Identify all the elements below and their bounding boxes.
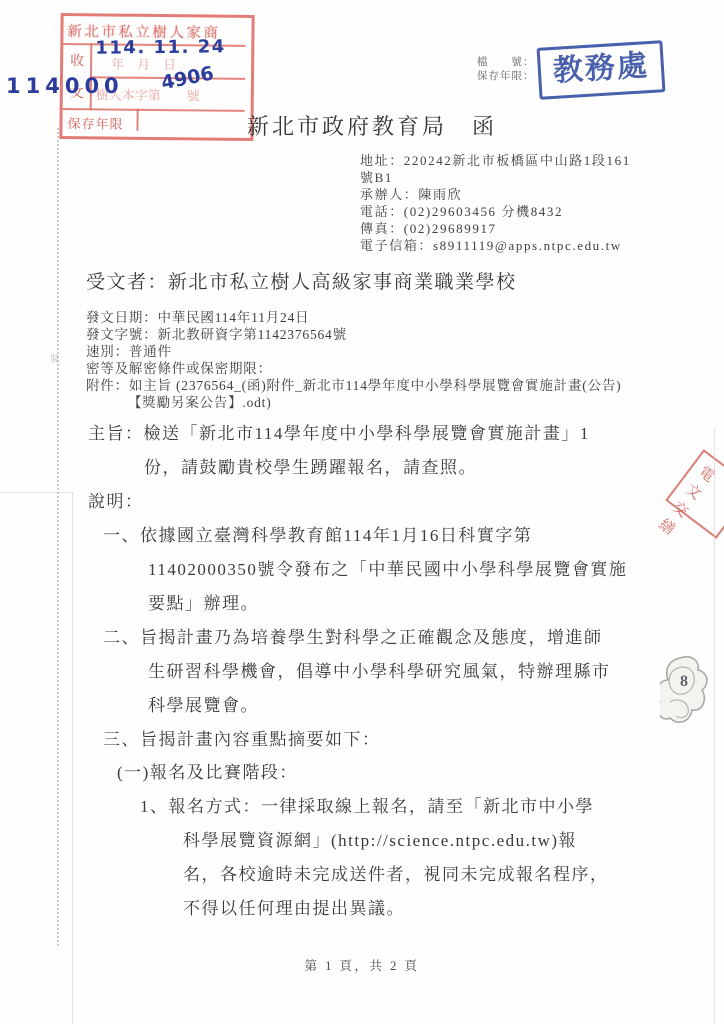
receipt-stamp-divider — [136, 109, 138, 131]
registry-number: 114000 — [6, 74, 124, 98]
body-line: 不得以任何理由提出異議。 — [183, 894, 405, 919]
explanation-label: 說明： — [88, 487, 144, 512]
scan-artifact-line — [72, 492, 73, 1024]
electronic-exchange-stamp: 電文交繕 — [668, 450, 724, 550]
body-line: 生研習科學機會，倡導中小學科學研究風氣，特辦理縣市 — [148, 657, 611, 682]
received-date-stamp: 114. 11. 24 — [95, 36, 226, 58]
sender-address-line: 地址：220242新北市板橋區中山路1段161 — [360, 150, 631, 169]
subject-line-1: 主旨：檢送「新北市114學年度中小學科學展覽會實施計畫」1 — [88, 419, 590, 444]
retention-period-label: 保存年限： — [477, 70, 535, 84]
scanned-official-letter-page: 裝 新北市私立樹人家商 收 文 年 月 日 樹人本字第 號 保存年限 114. … — [0, 0, 724, 1024]
archive-labels: 檔 號： 保存年限： — [477, 56, 535, 84]
body-line: 1、報名方式：一律採取線上報名，請至「新北市中小學 — [140, 792, 594, 817]
body-line: 一、依據國立臺灣科學教育館114年1月16日科實字第 — [103, 521, 532, 546]
file-number-label: 檔 號： — [477, 56, 535, 70]
meta-attachment-line2: 【獎勵另案公告】.odt) — [128, 391, 272, 411]
exchange-stamp-border: 電文交繕 — [665, 449, 724, 539]
recipient-line: 受文者：新北市私立樹人高級家事商業職業學校 — [86, 267, 517, 294]
binding-dotted-line — [57, 128, 59, 946]
body-line: (一)報名及比賽階段： — [117, 758, 298, 783]
receipt-stamp-divider — [63, 108, 245, 112]
body-line: 要點」辦理。 — [148, 589, 259, 614]
body-line: 二、旨揭計畫乃為培養學生對科學之正確觀念及態度，增進師 — [103, 623, 603, 648]
document-title: 新北市政府教育局 函 — [247, 110, 497, 141]
gray-seal-fragment: 8 — [660, 650, 716, 750]
body-line: 三、旨揭計畫內容重點摘要如下： — [103, 725, 381, 750]
subject-line-2: 份，請鼓勵貴校學生踴躍報名，請查照。 — [144, 453, 477, 478]
body-line: 名，各校逾時未完成送件者，視同未完成報名程序， — [183, 860, 609, 885]
scan-artifact-line — [714, 428, 715, 1024]
office-stamp-academic-affairs: 教務處 — [537, 40, 666, 100]
receipt-stamp-retention-label: 保存年限 — [67, 113, 123, 133]
seal-shape: 8 — [660, 650, 716, 750]
receipt-stamp-recv-top: 收 — [70, 50, 84, 70]
body-line: 11402000350號令發布之「中華民國中小學科學展覽會實施 — [148, 555, 627, 580]
sender-email: 電子信箱：s8911119@apps.ntpc.edu.tw — [360, 235, 622, 254]
binding-margin-mark: 裝 — [50, 352, 59, 365]
body-line: 科學展覽資源網」(http://science.ntpc.edu.tw)報 — [183, 826, 577, 851]
scan-artifact-line — [0, 492, 74, 493]
body-line: 科學展覽會。 — [148, 691, 259, 716]
page-number-footer: 第 1 頁，共 2 頁 — [0, 956, 724, 974]
seal-number: 8 — [680, 673, 688, 690]
